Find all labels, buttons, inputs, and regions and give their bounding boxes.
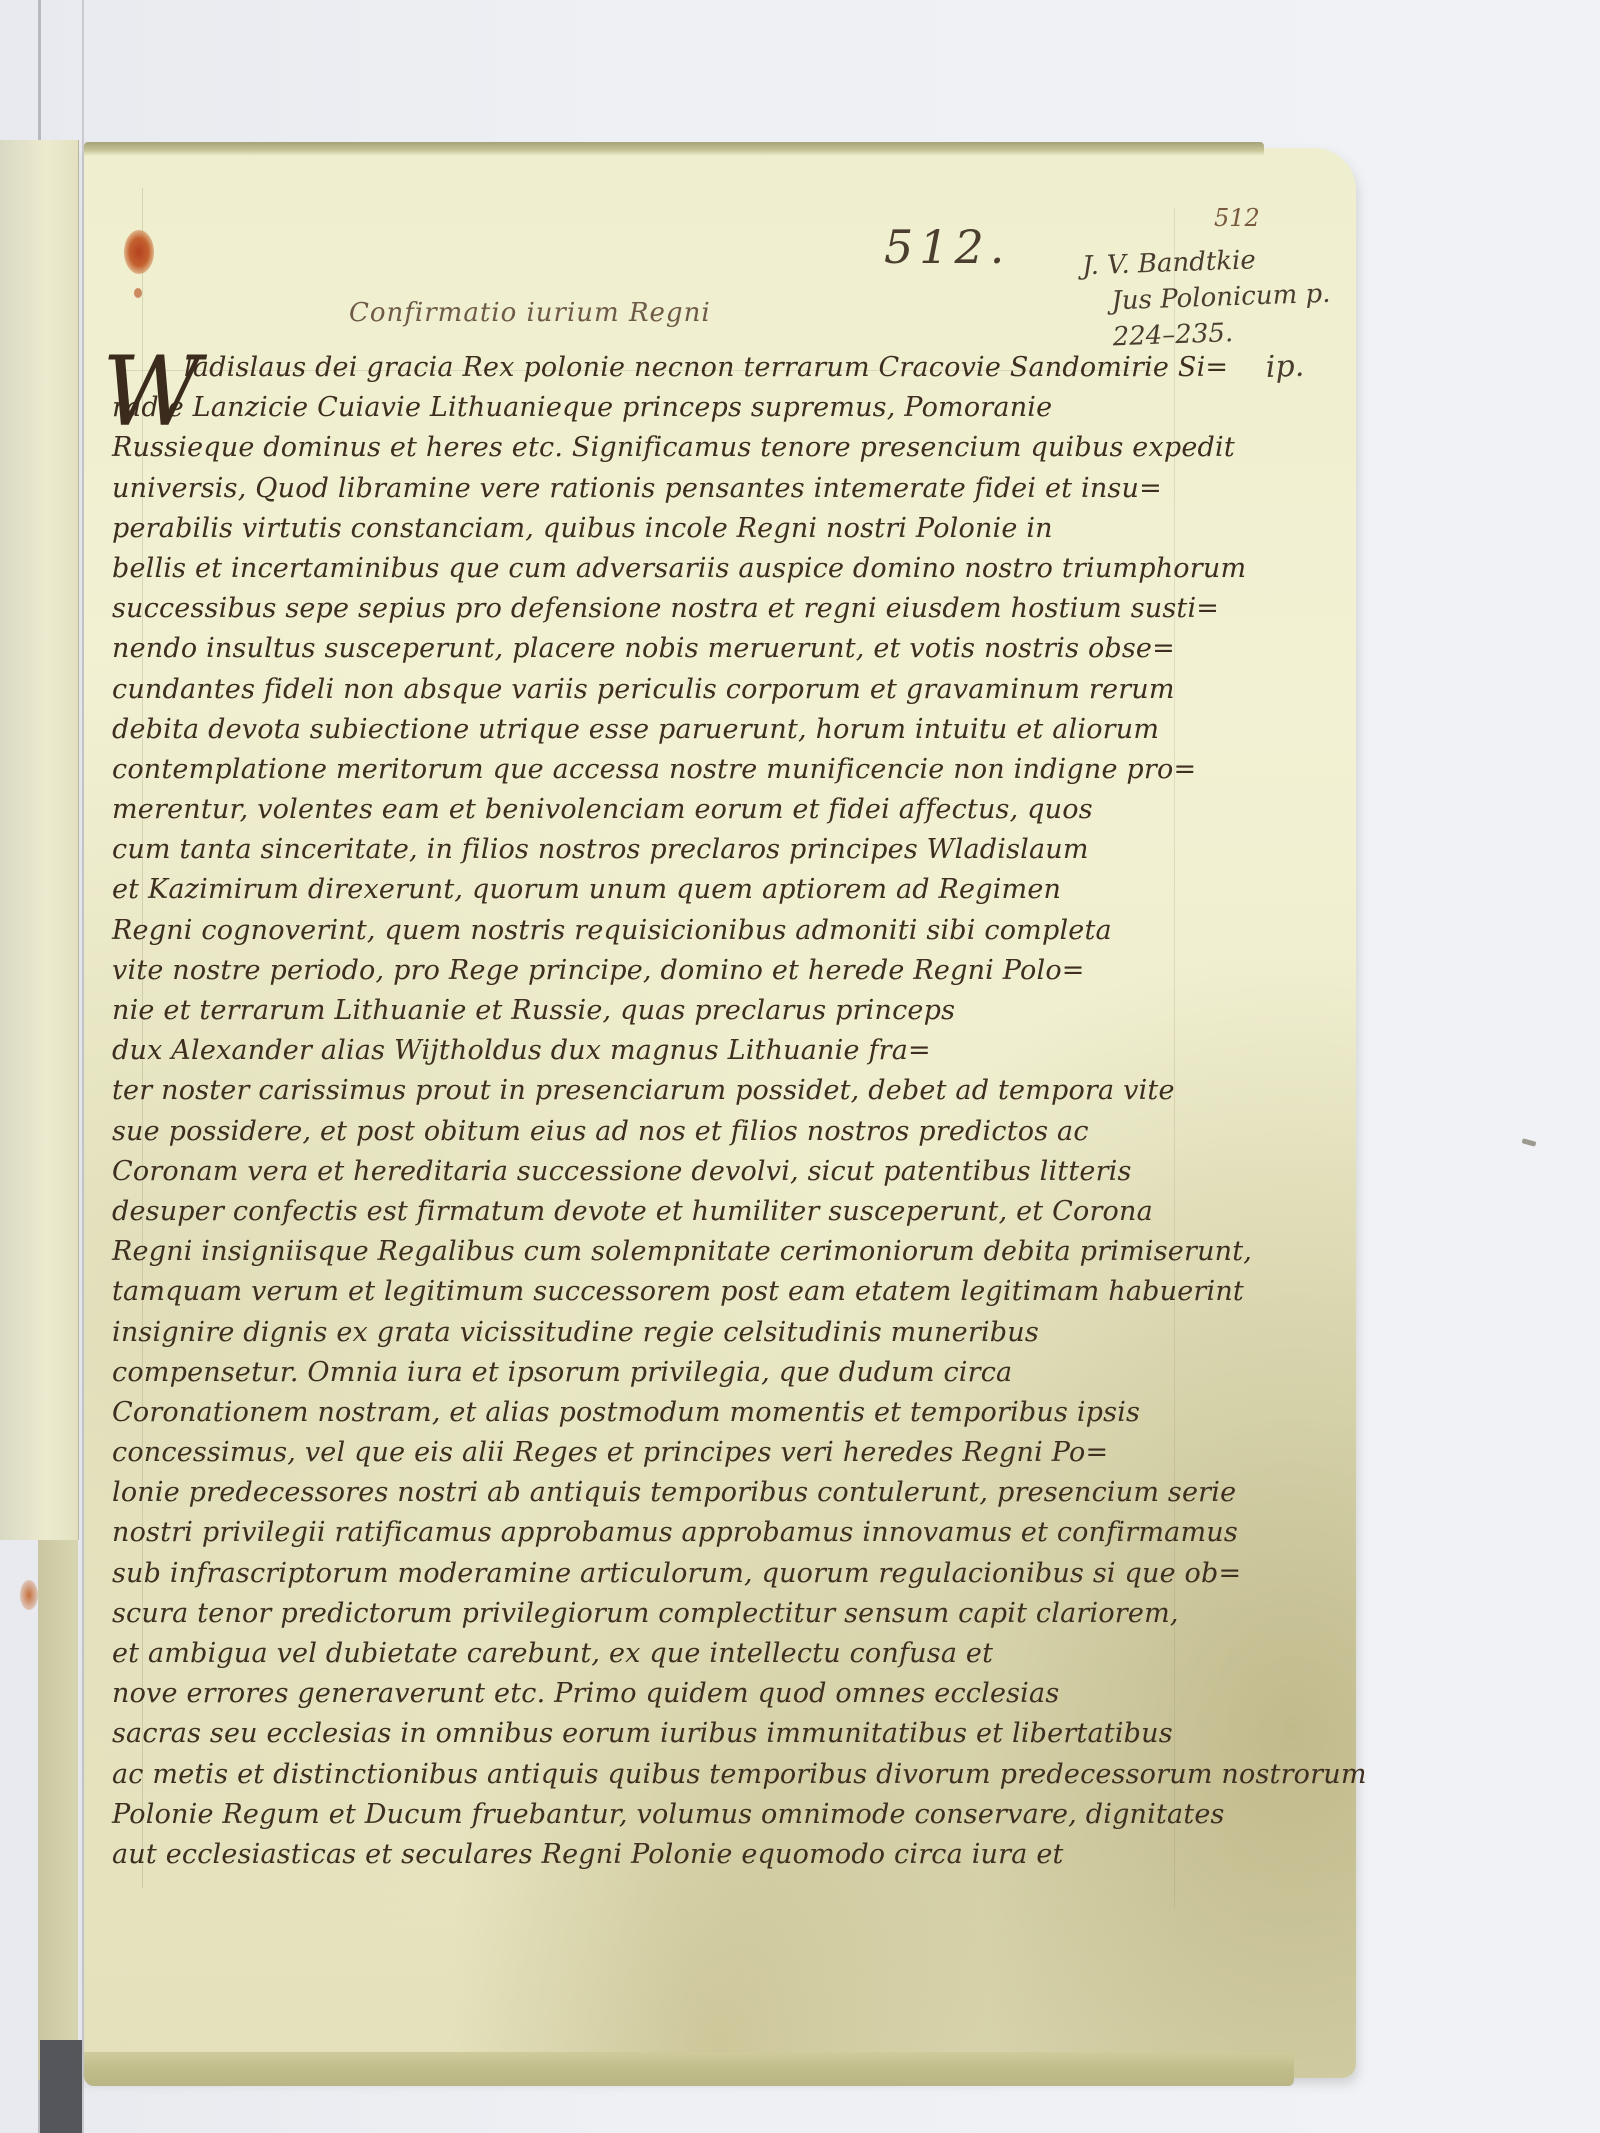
text-line: sue possidere, et post obitum eius ad no… xyxy=(112,1112,1212,1152)
leaf-bottom-edge xyxy=(84,2052,1294,2086)
text-line: universis, Quod libramine vere rationis … xyxy=(112,469,1212,509)
text-line: aut ecclesiasticas et seculares Regni Po… xyxy=(112,1835,1212,1875)
text-line: debita devota subiectione utrique esse p… xyxy=(112,710,1212,750)
text-line: et ambigua vel dubietate carebunt, ex qu… xyxy=(112,1634,1212,1674)
text-line: compensetur. Omnia iura et ipsorum privi… xyxy=(112,1353,1212,1393)
text-line: contemplatione meritorum que accessa nos… xyxy=(112,750,1212,790)
folio-number: 512. xyxy=(884,220,1010,274)
text-line: cundantes fideli non absque variis peric… xyxy=(112,670,1212,710)
text-line: nendo insultus susceperunt, placere nobi… xyxy=(112,629,1212,669)
text-line: Coronam vera et hereditaria successione … xyxy=(112,1152,1212,1192)
text-line: ladislaus dei gracia Rex polonie necnon … xyxy=(112,348,1212,388)
leaf-top-edge xyxy=(84,142,1264,156)
text-line: Regni insigniisque Regalibus cum solempn… xyxy=(112,1232,1212,1272)
text-line: Coronationem nostram, et alias postmodum… xyxy=(112,1393,1212,1433)
binding-strip xyxy=(38,1540,78,2080)
text-line: radie Lanzicie Cuiavie Lithuanieque prin… xyxy=(112,388,1212,428)
scan-background: 512. 512 J. V. Bandtkie Jus Polonicum p.… xyxy=(0,0,1600,2133)
text-line: Regni cognoverint, quem nostris requisic… xyxy=(112,911,1212,951)
text-line: cum tanta sinceritate, in filios nostros… xyxy=(112,830,1212,870)
text-line: concessimus, vel que eis alii Reges et p… xyxy=(112,1433,1212,1473)
previous-leaf-edge xyxy=(0,140,79,1540)
text-line: scura tenor predictorum privilegiorum co… xyxy=(112,1594,1212,1634)
text-line: sub infrascriptorum moderamine articulor… xyxy=(112,1554,1212,1594)
text-line: sacras seu ecclesias in omnibus eorum iu… xyxy=(112,1714,1212,1754)
text-line: bellis et incertaminibus que cum adversa… xyxy=(112,549,1212,589)
scan-mark xyxy=(1522,1138,1537,1146)
text-line: Polonie Regum et Ducum fruebantur, volum… xyxy=(112,1795,1212,1835)
wax-stain xyxy=(134,288,142,298)
text-line: et Kazimirum direxerunt, quorum unum que… xyxy=(112,870,1212,910)
stain xyxy=(20,1580,38,1610)
manuscript-leaf: 512. 512 J. V. Bandtkie Jus Polonicum p.… xyxy=(84,148,1356,2078)
text-line: merentur, volentes eam et benivolenciam … xyxy=(112,790,1212,830)
wax-stain xyxy=(124,230,154,274)
text-line: dux Alexander alias Wijtholdus dux magnu… xyxy=(112,1031,1212,1071)
text-line: nie et terrarum Lithuanie et Russie, qua… xyxy=(112,991,1212,1031)
text-line: insignire dignis ex grata vicissitudine … xyxy=(112,1313,1212,1353)
text-line: lonie predecessores nostri ab antiquis t… xyxy=(112,1473,1212,1513)
text-line: desuper confectis est firmatum devote et… xyxy=(112,1192,1212,1232)
text-line: Russieque dominus et heres etc. Signific… xyxy=(112,428,1212,468)
text-line: vite nostre periodo, pro Rege principe, … xyxy=(112,951,1212,991)
rubric-heading: Confirmatio iurium Regni xyxy=(349,298,711,328)
text-line: nostri privilegii ratificamus approbamus… xyxy=(112,1513,1212,1553)
text-line: ac metis et distinctionibus antiquis qui… xyxy=(112,1755,1212,1795)
charter-text: W ladislaus dei gracia Rex polonie necno… xyxy=(112,348,1212,1875)
text-line: perabilis virtutis constanciam, quibus i… xyxy=(112,509,1212,549)
binding-shadow xyxy=(40,2040,82,2133)
text-line: ter noster carissimus prout in presencia… xyxy=(112,1071,1212,1111)
text-line: tamquam verum et legitimum successorem p… xyxy=(112,1272,1212,1312)
text-line: nove errores generaverunt etc. Primo qui… xyxy=(112,1674,1212,1714)
decorated-initial: W xyxy=(102,344,201,440)
folio-number-pencil: 512 xyxy=(1214,204,1260,232)
text-line: successibus sepe sepius pro defensione n… xyxy=(112,589,1212,629)
